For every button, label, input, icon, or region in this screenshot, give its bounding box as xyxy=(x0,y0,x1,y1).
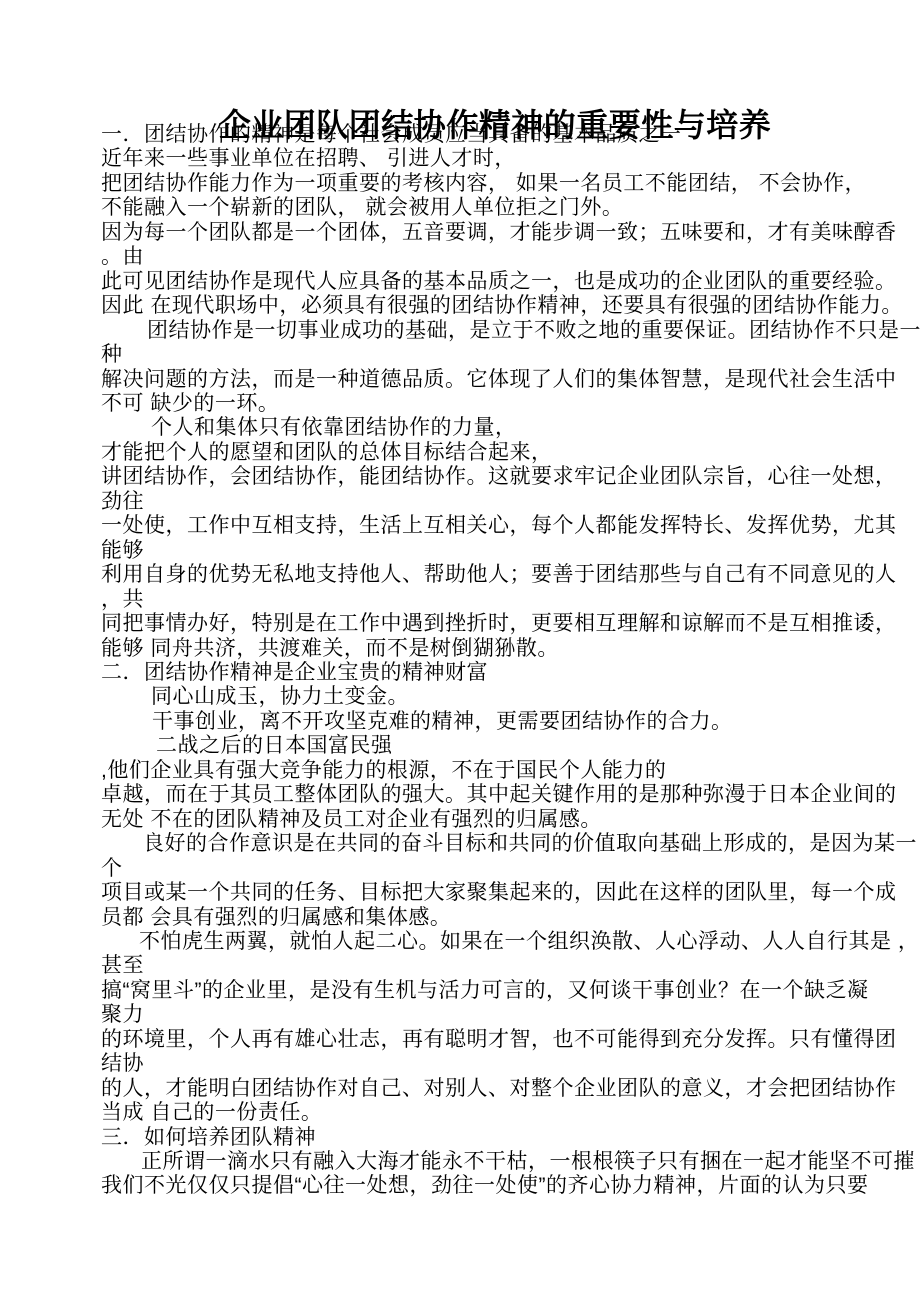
text-line: ，共 xyxy=(101,588,901,612)
text-line: 解决问题的方法，而是一种道德品质。它体现了人们的集体智慧，是现代社会生活中 xyxy=(101,368,901,392)
text-line: 同把事情办好，特别是在工作中遇到挫折时，更要相互理解和谅解而不是互相推诿， xyxy=(101,612,901,636)
text-line: 不可 缺少的一环。 xyxy=(101,392,901,416)
text-line: 利用自身的优势无私地支持他人、帮助他人；要善于团结那些与自己有不同意见的人 xyxy=(101,563,901,587)
text-line: 能够 同舟共济，共渡难关，而不是树倒猢狲散。 xyxy=(101,637,901,661)
document-page: 企业团队团结协作精神的重要性与培养 一．团结协作的精神是每个社会成员应当具备的基… xyxy=(0,0,920,1303)
text-line: 干事创业，离不开攻坚克难的精神，更需要团结协作的合力。 xyxy=(101,710,901,734)
text-line: 良好的合作意识是在共同的奋斗目标和共同的价值取向基础上形成的，是因为某一 xyxy=(101,832,901,856)
text-line: 一．团结协作的精神是每个社会成员应当具备的基本品质之一 xyxy=(101,123,901,147)
text-line: 一处使，工作中互相支持，生活上互相关心，每个人都能发挥特长、发挥优势，尤其 xyxy=(101,514,901,538)
text-line: 种 xyxy=(101,343,901,367)
text-line: 无处 不在的团队精神及员工对企业有强烈的归属感。 xyxy=(101,808,901,832)
text-line: 不能融入一个崭新的团队， 就会被用人单位拒之门外。 xyxy=(101,196,901,220)
text-line: 因为每一个团队都是一个团体，五音要调，才能步调一致；五味要和，才有美味醇香 xyxy=(101,221,901,245)
text-line: 把团结协作能力作为一项重要的考核内容， 如果一名员工不能团结， 不会协作， xyxy=(101,172,901,196)
text-line: 卓越，而在于其员工整体团队的强大。其中起关键作用的是那种弥漫于日本企业间的 xyxy=(101,783,901,807)
text-line: 二．团结协作精神是企业宝贵的精神财富 xyxy=(101,661,901,685)
text-line: 的环境里，个人再有雄心壮志，再有聪明才智，也不可能得到充分发挥。只有懂得团 xyxy=(101,1028,901,1052)
text-line: 聚力 xyxy=(101,1003,901,1027)
text-line: 团结协作是一切事业成功的基础，是立于不败之地的重要保证。团结协作不只是一 xyxy=(101,319,901,343)
text-line: 项目或某一个共同的任务、目标把大家聚集起来的，因此在这样的团队里，每一个成 xyxy=(101,881,901,905)
text-line: 此可见团结协作是现代人应具备的基本品质之一，也是成功的企业团队的重要经验。 xyxy=(101,270,901,294)
text-line: 因此 在现代职场中，必须具有很强的团结协作精神，还要具有很强的团结协作能力。 xyxy=(101,294,901,318)
text-line: 搞“窝里斗”的企业里，是没有生机与活力可言的，又何谈干事创业？在一个缺乏凝 xyxy=(101,979,901,1003)
text-line: 劲往 xyxy=(101,490,901,514)
text-line: 结协 xyxy=(101,1052,901,1076)
text-line: 个人和集体只有依靠团结协作的力量， xyxy=(101,416,901,440)
text-line: 二战之后的日本国富民强 xyxy=(101,734,901,758)
text-line: 。由 xyxy=(101,245,901,269)
text-line: 讲团结协作，会团结协作，能团结协作。这就要求牢记企业团队宗旨，心往一处想， xyxy=(101,465,901,489)
text-line: 当成 自己的一份责任。 xyxy=(101,1101,901,1125)
document-body: 一．团结协作的精神是每个社会成员应当具备的基本品质之一近年来一些事业单位在招聘、… xyxy=(101,123,901,1199)
text-line: ,他们企业具有强大竞争能力的根源，不在于国民个人能力的 xyxy=(101,759,901,783)
text-line: 同心山成玉，协力土变金。 xyxy=(101,685,901,709)
text-line: 的人，才能明白团结协作对自己、对别人、对整个企业团队的意义，才会把团结协作 xyxy=(101,1077,901,1101)
text-line: 正所谓一滴水只有融入大海才能永不干枯，一根根筷子只有捆在一起才能坚不可摧 xyxy=(101,1150,901,1174)
text-line: 近年来一些事业单位在招聘、 引进人才时， xyxy=(101,147,901,171)
text-line: 甚至 xyxy=(101,954,901,978)
text-line: 员都 会具有强烈的归属感和集体感。 xyxy=(101,906,901,930)
text-line: 我们不光仅仅只提倡“心往一处想，劲往一处使”的齐心协力精神，片面的认为只要 xyxy=(101,1174,901,1198)
text-line: 能够 xyxy=(101,539,901,563)
text-line: 三．如何培养团队精神 xyxy=(101,1126,901,1150)
text-line: 个 xyxy=(101,857,901,881)
text-line: 才能把个人的愿望和团队的总体目标结合起来， xyxy=(101,441,901,465)
text-line: 不怕虎生两翼，就怕人起二心。如果在一个组织涣散、人心浮动、人人自行其是 ， xyxy=(101,930,901,954)
